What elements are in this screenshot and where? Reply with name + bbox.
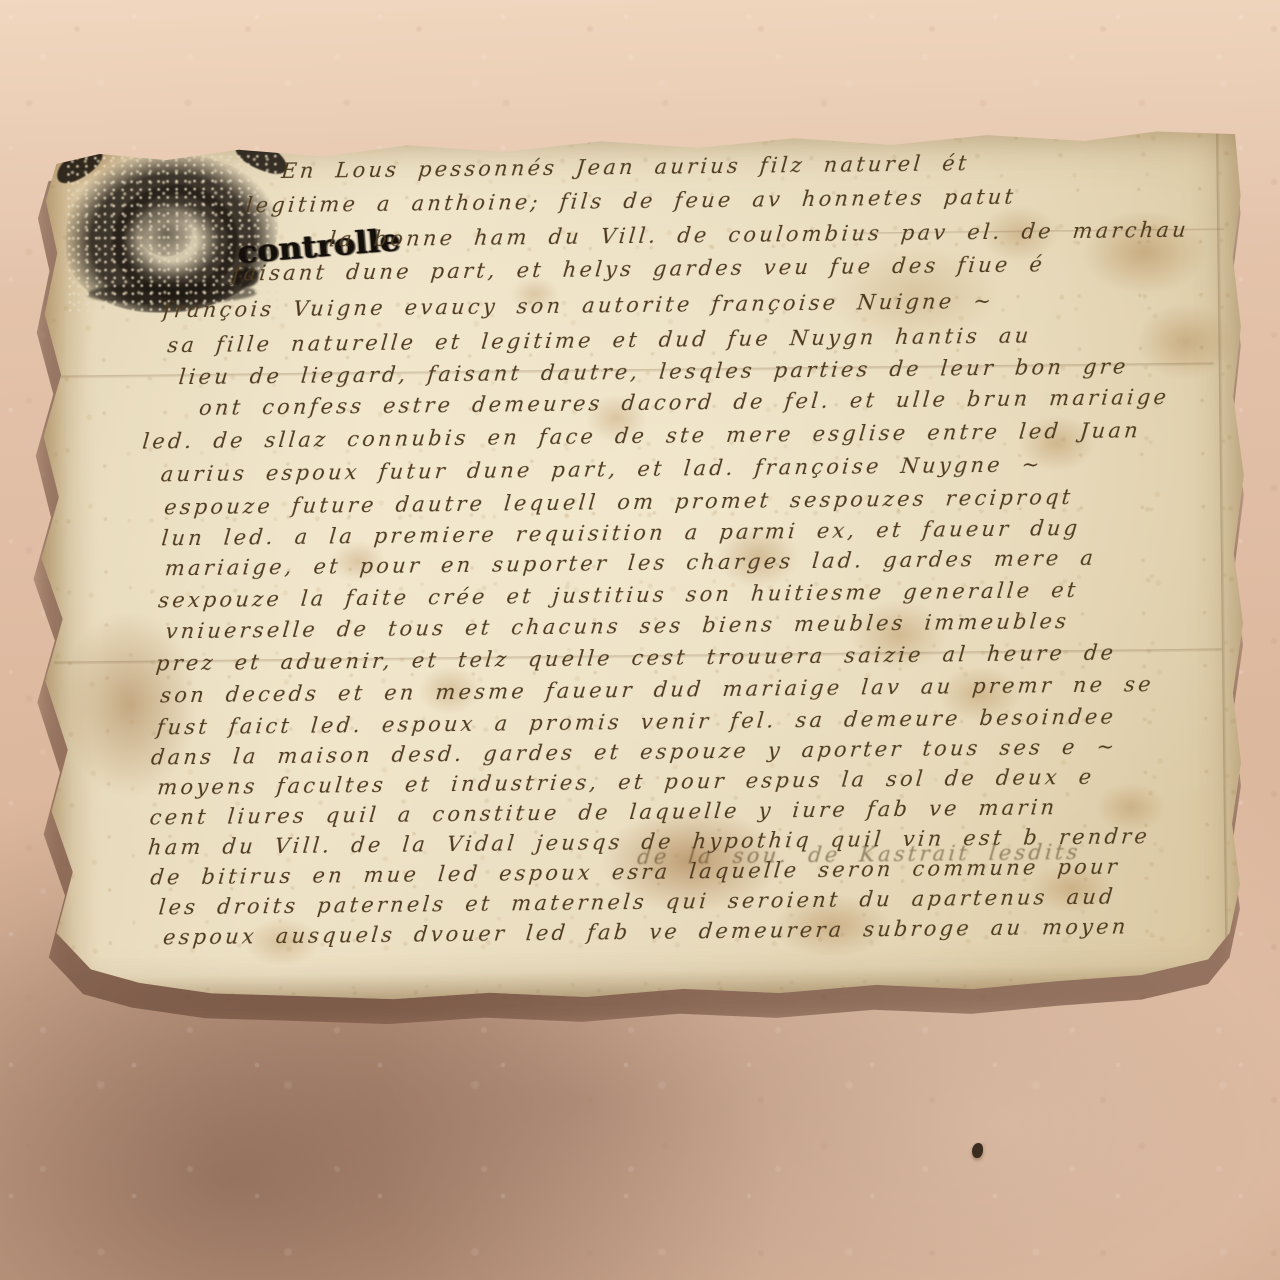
manuscript-line: sexpouze la faite crée et justitius son … xyxy=(157,578,1079,612)
manuscript-line: les droits paternels et maternels qui se… xyxy=(158,885,1117,920)
manuscript-line: lieu de liegard, faisant dautre, lesqles… xyxy=(178,354,1130,389)
manuscript-overlay-line: de la sou. de Kastrait lesdits xyxy=(636,840,1082,869)
manuscript-line: legitime a anthoine; fils de feue av hon… xyxy=(245,185,1018,218)
manuscript-line: ont confess estre demeures dacord de fel… xyxy=(198,385,1170,420)
manuscript-line: vniuerselle de tous et chacuns ses biens… xyxy=(165,609,1071,643)
manuscript-line: dans la maison desd. gardes et espouze y… xyxy=(150,735,1118,770)
manuscript-line: françois Vuigne evaucy son autorite fran… xyxy=(162,289,995,322)
manuscript-line: En Lous pessonnés Jean aurius filz natur… xyxy=(280,151,970,183)
manuscript-line: moyens facultes et industries, et pour e… xyxy=(156,765,1095,800)
manuscript-line: faisant dune part, et helys gardes veu f… xyxy=(231,252,1046,285)
photo-scene: controlle En Lous pessonnés Jean aurius … xyxy=(0,0,1280,1280)
manuscript-paper: controlle En Lous pessonnés Jean aurius … xyxy=(33,126,1251,1012)
handwritten-text-block: En Lous pessonnés Jean aurius filz natur… xyxy=(33,126,1251,1012)
manuscript-line: la bonne ham du Vill. de coulombius pav … xyxy=(328,218,1190,252)
manuscript-line: aurius espoux futur dune part, et lad. f… xyxy=(160,452,1044,486)
manuscript-line: sa fille naturelle et legitime et dud fu… xyxy=(166,324,1032,358)
manuscript-line: fust faict led. espoux a promis venir fe… xyxy=(156,705,1118,740)
manuscript-line: led. de sllaz connubis en face de ste me… xyxy=(141,418,1142,453)
manuscript-line: espouze future dautre lequell om promet … xyxy=(163,485,1074,519)
manuscript-line: prez et aduenir, et telz quelle cest tro… xyxy=(155,641,1117,676)
manuscript-line: espoux ausquels dvouer led fab ve demeur… xyxy=(162,914,1130,949)
manuscript-line: lun led. a la premiere requisition a par… xyxy=(160,516,1081,550)
manuscript-line: son deceds et en mesme faueur dud mariai… xyxy=(159,672,1155,707)
manuscript-line: mariaige, et pour en suporter les charge… xyxy=(164,546,1097,581)
manuscript-line: cent liures quil a constitue de laquelle… xyxy=(149,795,1059,829)
